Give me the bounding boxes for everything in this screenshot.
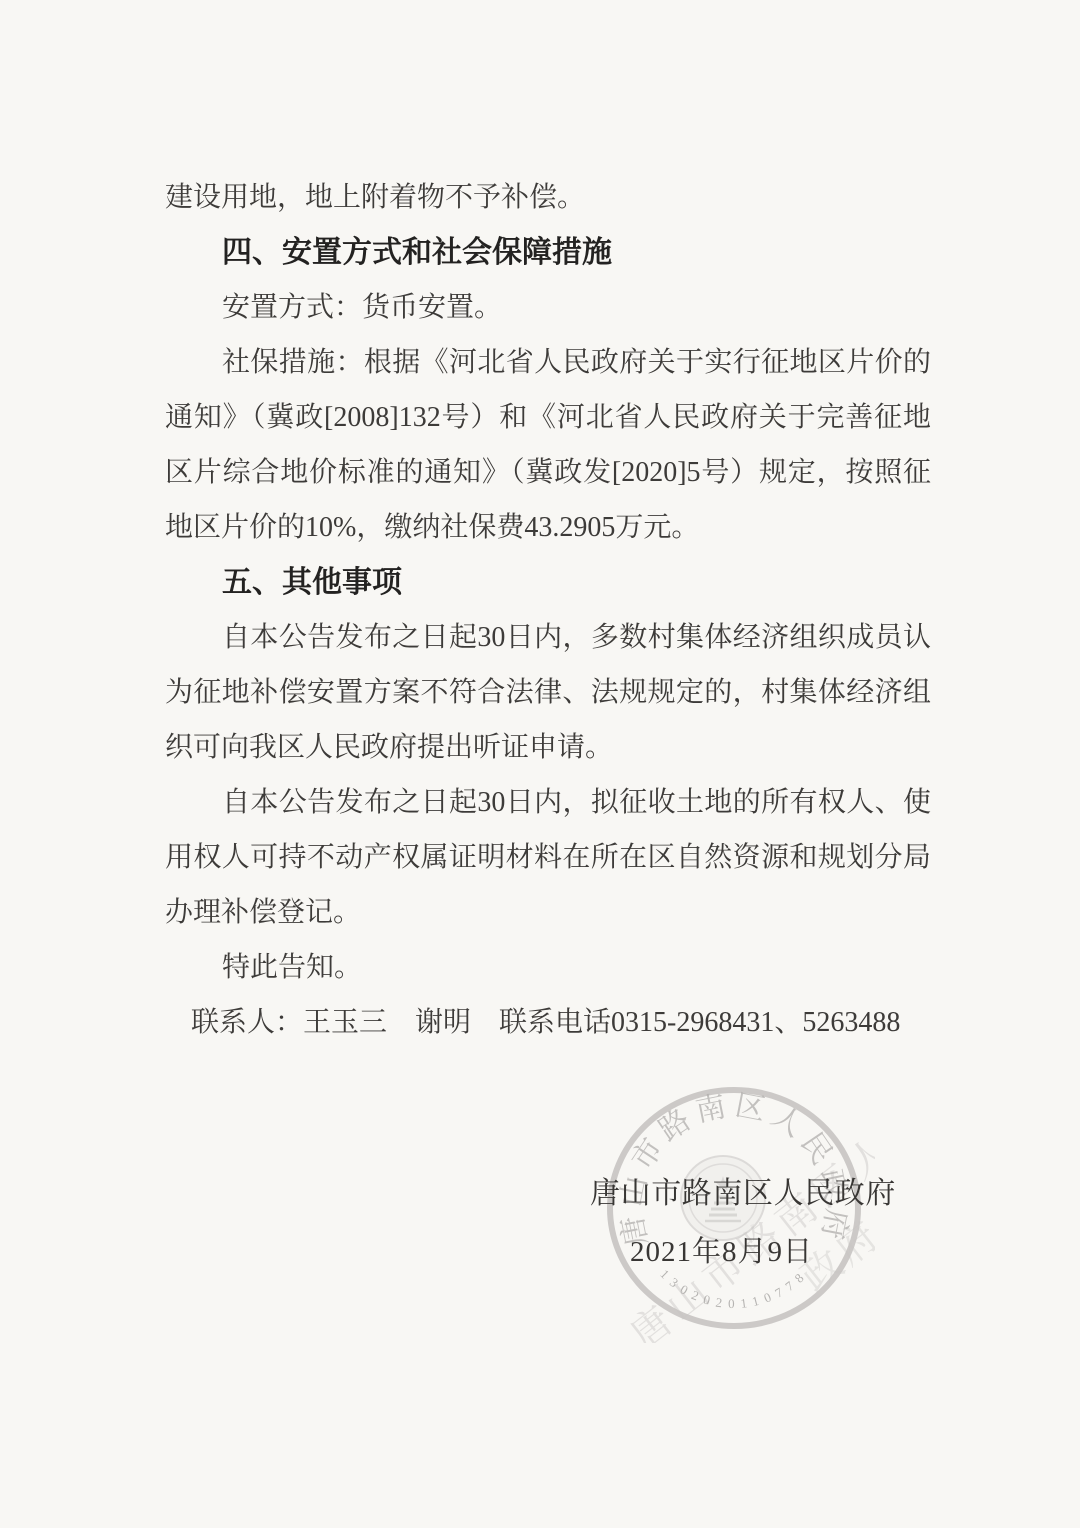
- document-line: 建设用地，地上附着物不予补偿。: [165, 170, 931, 225]
- document-line: 地区片价的10%，缴纳社保费43.2905万元。: [165, 500, 931, 555]
- document-line: 通知》（冀政[2008]132号）和《河北省人民政府关于完善征地: [165, 390, 931, 445]
- signature-date: 2021年8月9日: [630, 1231, 813, 1273]
- section-heading: 五、其他事项: [165, 555, 931, 610]
- document-line: 为征地补偿安置方案不符合法律、法规规定的，村集体经济组: [165, 665, 931, 720]
- document-line: 特此告知。: [165, 940, 931, 995]
- document-body: 建设用地，地上附着物不予补偿。四、安置方式和社会保障措施安置方式：货币安置。社保…: [165, 170, 931, 1050]
- document-line: 社保措施：根据《河北省人民政府关于实行征地区片价的: [165, 335, 931, 390]
- document-line: 自本公告发布之日起30日内，多数村集体经济组织成员认: [165, 610, 931, 665]
- document-page: 建设用地，地上附着物不予补偿。四、安置方式和社会保障措施安置方式：货币安置。社保…: [0, 0, 1080, 1528]
- document-line: 自本公告发布之日起30日内，拟征收土地的所有权人、使: [165, 775, 931, 830]
- signature-issuer: 唐山市路南区人民政府: [590, 1172, 900, 1216]
- document-line: 区片综合地价标准的通知》（冀政发[2020]5号）规定，按照征: [165, 445, 931, 500]
- document-line: 办理补偿登记。: [165, 885, 931, 940]
- document-line: 用权人可持不动产权属证明材料在所在区自然资源和规划分局: [165, 830, 931, 885]
- section-heading: 四、安置方式和社会保障措施: [165, 225, 931, 280]
- document-line: 联系人：王玉三 谢明 联系电话0315-2968431、5263488: [191, 995, 931, 1050]
- document-line: 安置方式：货币安置。: [165, 280, 931, 335]
- document-line: 织可向我区人民政府提出听证申请。: [165, 720, 931, 775]
